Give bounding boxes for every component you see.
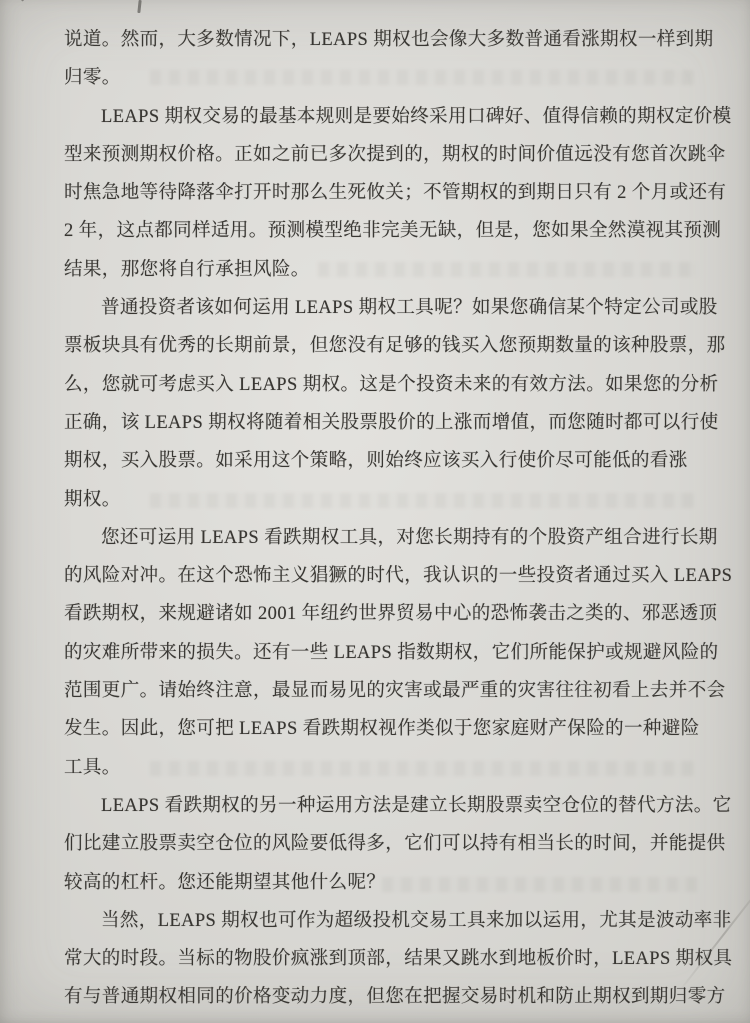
- text-line: 结果，那您将自行承担风险。: [64, 251, 730, 289]
- text-line: 有与普通期权相同的价格变动力度，但您在把握交易时机和防止期权到期归零方: [64, 978, 730, 1016]
- scanned-book-page: 说道。然而，大多数情况下，LEAPS 期权也会像大多数普通看涨期权一样到期 归零…: [0, 0, 750, 1023]
- text-line: 期权，买入股票。如采用这个策略，则始终应该买入行使价尽可能低的看涨: [64, 442, 730, 480]
- text-line: 时焦急地等待降落伞打开时那么生死攸关；不管期权的到期日只有 2 个月或还有: [64, 174, 730, 212]
- text-line: 的灾难所带来的损失。还有一些 LEAPS 指数期权，它们所能保护或规避风险的: [64, 634, 730, 672]
- text-line: LEAPS 看跌期权的另一种运用方法是建立长期股票卖空仓位的替代方法。它: [64, 787, 730, 825]
- text-line: 您还可运用 LEAPS 看跌期权工具，对您长期持有的个股资产组合进行长期: [64, 519, 730, 557]
- text-line: 看跌期权，来规避诸如 2001 年纽约世界贸易中心的恐怖袭击之类的、邪恶透顶: [64, 595, 730, 633]
- text-line: LEAPS 期权交易的最基本规则是要始终采用口碑好、值得信赖的期权定价模: [64, 98, 730, 136]
- text-line: 发生。因此，您可把 LEAPS 看跌期权视作类似于您家庭财产保险的一种避险: [64, 710, 730, 748]
- text-line: 范围更广。请始终注意，最显而易见的灾害或最严重的灾害往往初看上去并不会: [64, 672, 730, 710]
- text-line: 常大的时段。当标的物股价疯涨到顶部，结果又跳水到地板价时，LEAPS 期权具: [64, 940, 730, 978]
- text-line: 较高的杠杆。您还能期望其他什么呢？: [64, 864, 730, 902]
- text-line: 么，您就可考虑买入 LEAPS 期权。这是个投资未来的有效方法。如果您的分析: [64, 366, 730, 404]
- body-text: 说道。然而，大多数情况下，LEAPS 期权也会像大多数普通看涨期权一样到期 归零…: [64, 21, 730, 1017]
- text-line: 正确，该 LEAPS 期权将随着相关股票股价的上涨而增值，而您随时都可以行使: [64, 404, 730, 442]
- scan-mark-icon: [6, 0, 27, 13]
- text-line: 的风险对冲。在这个恐怖主义猖獗的时代，我认识的一些投资者通过买入 LEAPS: [64, 557, 730, 595]
- text-line: 普通投资者该如何运用 LEAPS 期权工具呢？如果您确信某个特定公司或股: [64, 289, 730, 327]
- text-line: 们比建立股票卖空仓位的风险要低得多，它们可以持有相当长的时间，并能提供: [64, 825, 730, 863]
- text-line: 说道。然而，大多数情况下，LEAPS 期权也会像大多数普通看涨期权一样到期: [64, 21, 730, 59]
- text-line: 工具。: [64, 749, 730, 787]
- text-line: 型来预测期权价格。正如之前已多次提到的，期权的时间价值远没有您首次跳伞: [64, 136, 730, 174]
- text-line: 期权。: [64, 481, 730, 519]
- text-line: 票板块具有优秀的长期前景，但您没有足够的钱买入您预期数量的该种股票，那: [64, 327, 730, 365]
- text-line: 2 年，这点都同样适用。预测模型绝非完美无缺，但是，您如果全然漠视其预测: [64, 212, 730, 250]
- text-line: 归零。: [64, 59, 730, 97]
- text-line: 当然，LEAPS 期权也可作为超级投机交易工具来加以运用，尤其是波动率非: [64, 902, 730, 940]
- scan-tick-icon: [137, 0, 141, 13]
